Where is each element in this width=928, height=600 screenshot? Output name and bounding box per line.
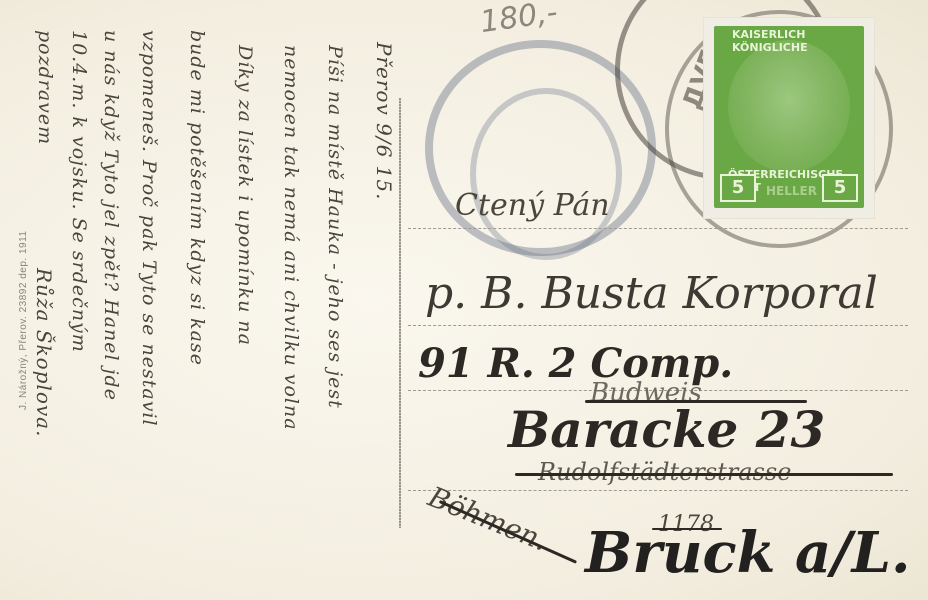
stamp-value-left: 5 [720, 174, 756, 202]
gray-postmark-inner-ring [470, 88, 622, 260]
postcard: 180,- ДVЕ. KAISERLICH KÖNIGLICHE ÖSTERRE… [0, 0, 928, 600]
message-line-1: Píši na místě Hauka - jeho ses jest [324, 45, 346, 409]
message-line-6: u nás když Tyto jel zpět? Hanel jde [100, 30, 122, 401]
emperor-portrait-icon [728, 40, 850, 172]
message-line-3: Díky za lístek i upomínku na [234, 45, 256, 346]
message-line-2: nemocen tak nemá ani chvilku volna [280, 45, 302, 431]
address-line-4 [408, 490, 908, 491]
message-line-8: pozdravem [34, 30, 56, 145]
message-signature: Růža Škoplova. [32, 268, 56, 437]
message-place-date: Přerov 9/6 15. [372, 42, 396, 200]
address-name: p. B. Busta Korporal [425, 268, 878, 319]
printer-imprint: J. Nárožný, Přerov. 23892 dep. 1911 [18, 231, 29, 410]
center-divider [399, 98, 401, 528]
strike-street [515, 473, 893, 476]
address-barrack: Baracke 23 [508, 400, 825, 459]
stamp-denomination: HELLER [766, 184, 817, 198]
message-line-7: 10.4.m. k vojsku. Se srdečným [68, 30, 90, 353]
address-salutation: Ctený Pán [455, 188, 610, 223]
stamp-value-right: 5 [822, 174, 858, 202]
stamp-face: KAISERLICH KÖNIGLICHE ÖSTERREICHISCHE PO… [714, 26, 864, 208]
address-line-2 [408, 325, 908, 326]
address-line-1 [408, 228, 908, 229]
crossed-country: Böhmen. [424, 480, 553, 558]
pencil-price-note: 180,- [478, 0, 560, 40]
crossed-street: Rudolfstädterstrasse [538, 458, 791, 486]
message-line-4: bude mi potěšením kdyz si kase [186, 30, 208, 366]
message-line-5: vzpomeneš. Proč pak Tyto se nestavil [138, 30, 160, 427]
address-destination: Bruck a/L. [585, 520, 911, 586]
stamp-top-text: KAISERLICH KÖNIGLICHE [732, 28, 864, 54]
postage-stamp: KAISERLICH KÖNIGLICHE ÖSTERREICHISCHE PO… [704, 18, 874, 218]
